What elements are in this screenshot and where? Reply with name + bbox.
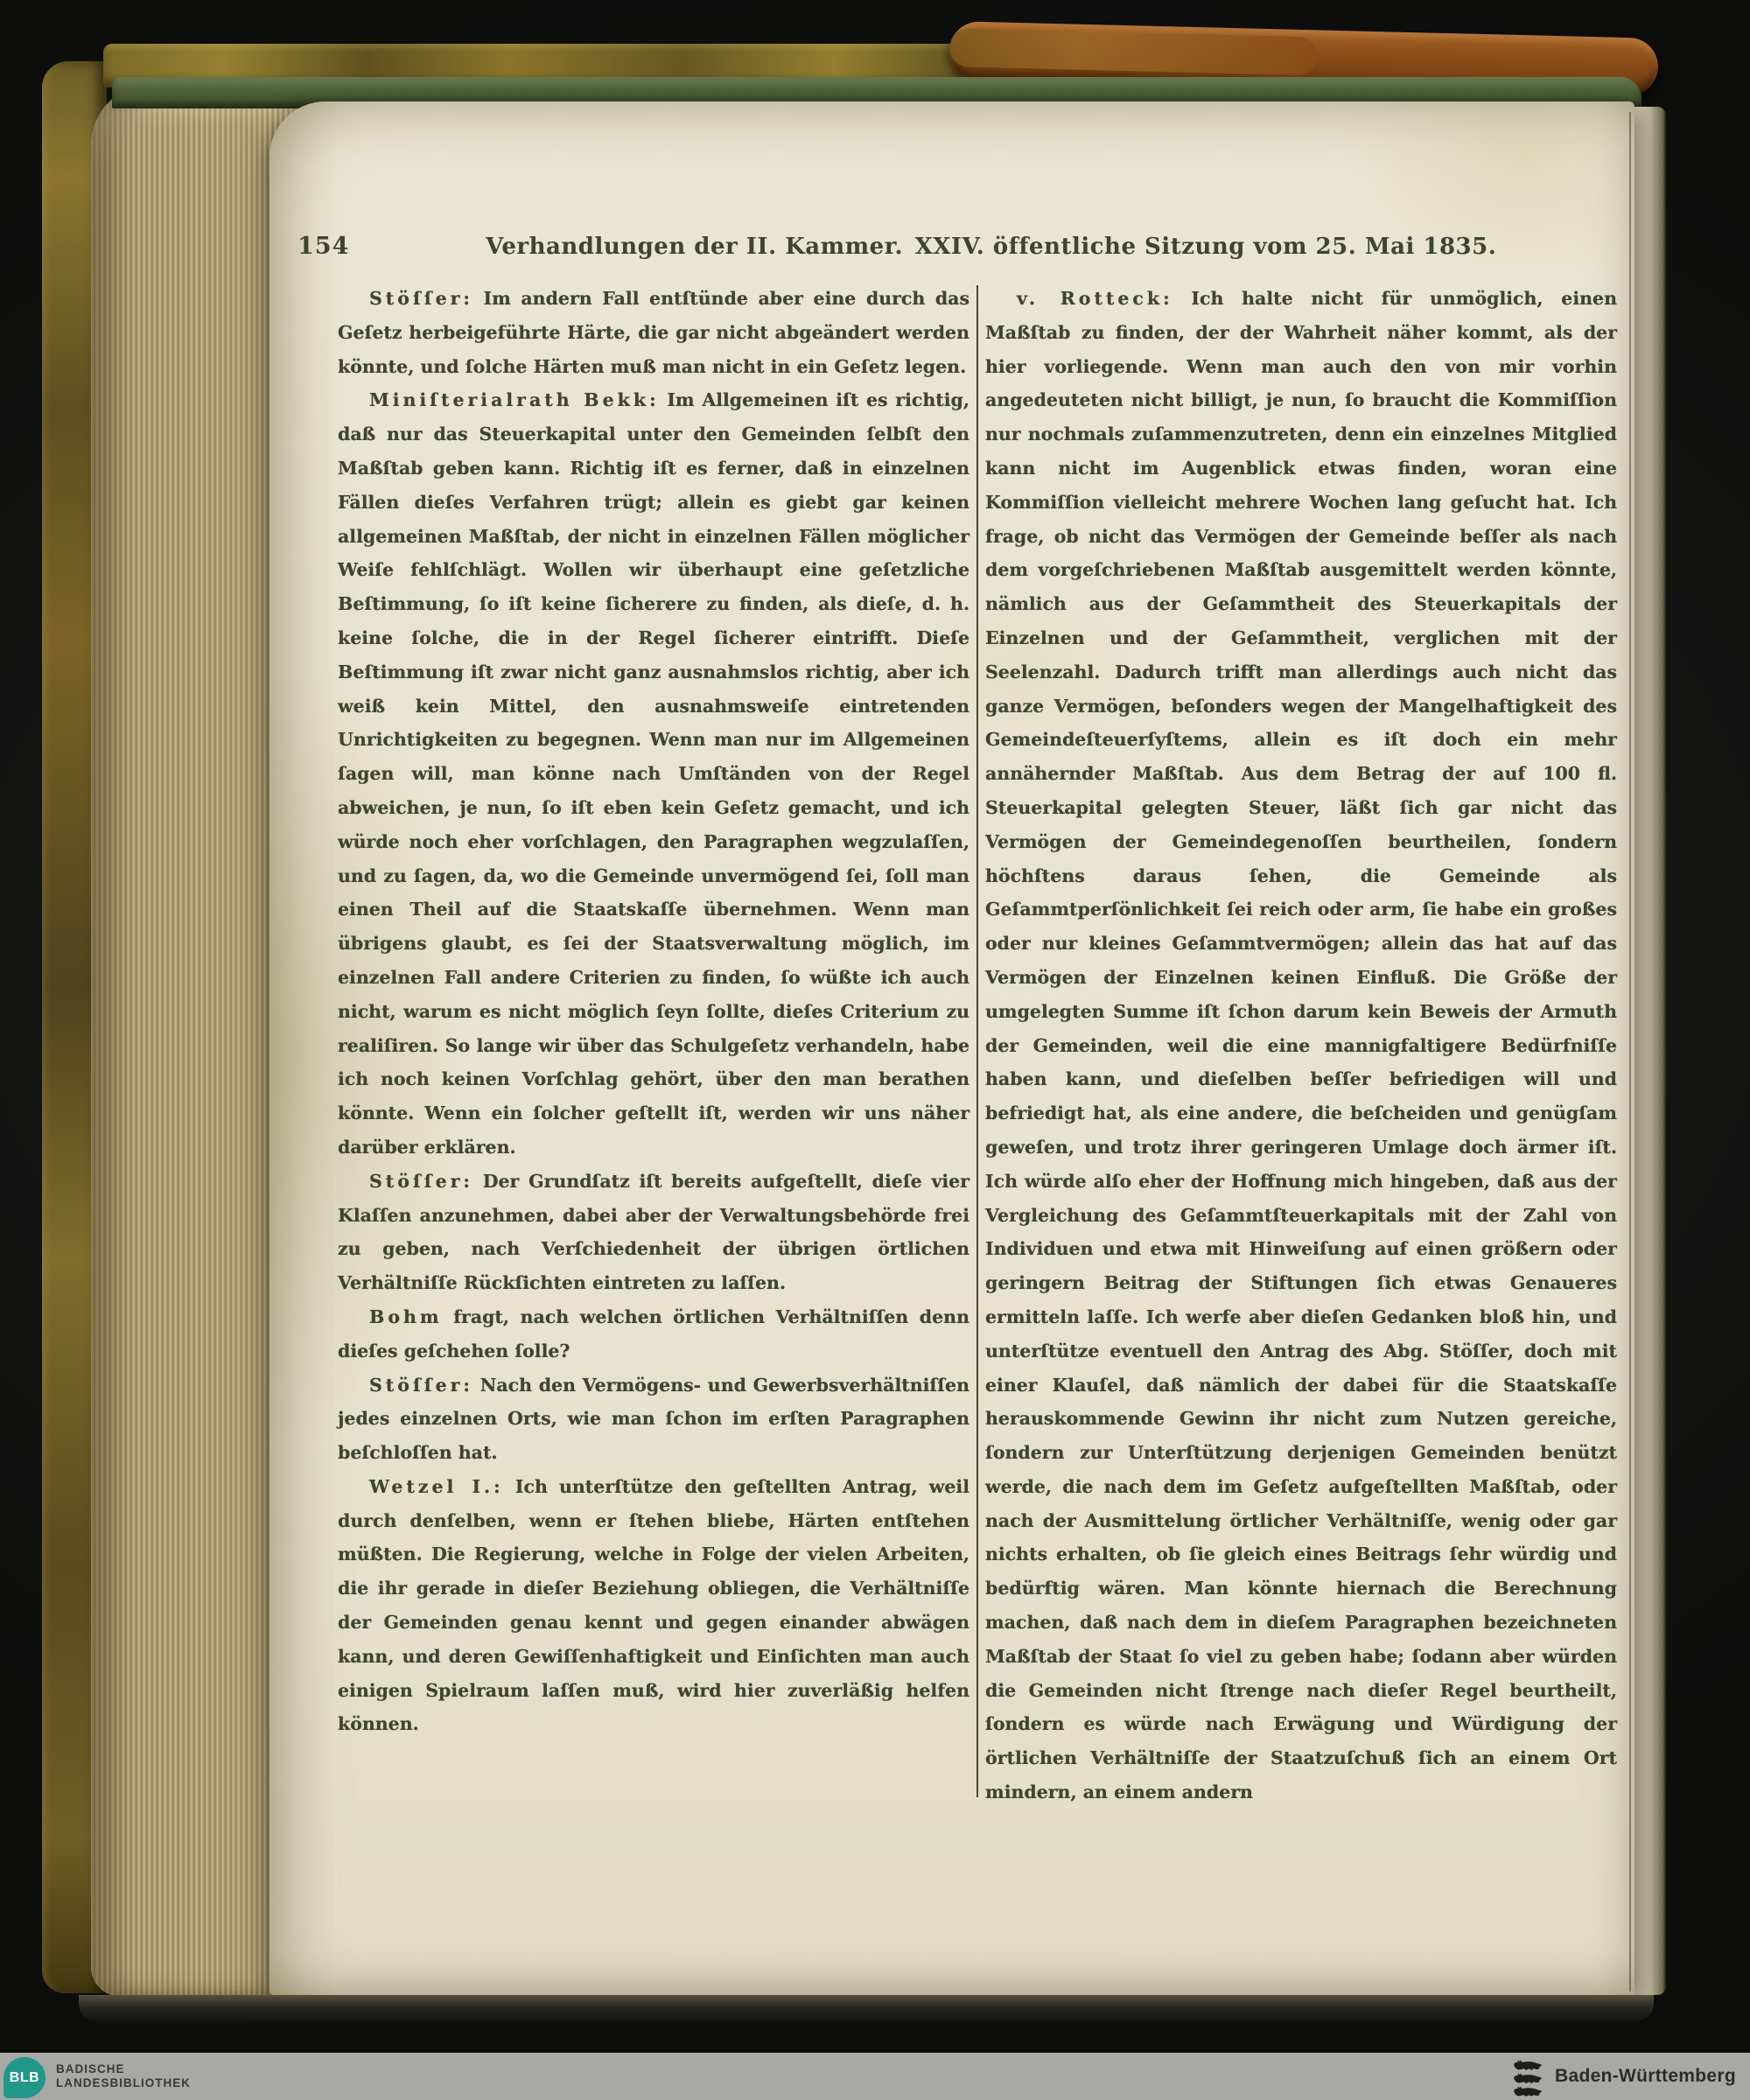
paragraph: Stöſſer: Im andern Fall entſtünde aber e… <box>338 282 969 383</box>
book-page-scan: 154 Verhandlungen der II. Kammer. XXIV. … <box>269 101 1634 1998</box>
speaker-name: Miniſterialrath Bekk: <box>369 389 660 410</box>
speaker-name: v. Rotteck: <box>1017 288 1173 309</box>
blb-logo-text: BADISCHE LANDESBIBLIOTHEK <box>56 2062 191 2090</box>
paragraph: Miniſterialrath Bekk: Im Allgemeinen iſt… <box>338 383 969 1164</box>
text-column-right: v. Rotteck: Ich halte nicht für unmöglic… <box>985 282 1617 1809</box>
text-columns: Stöſſer: Im andern Fall entſtünde aber e… <box>338 282 1633 1809</box>
text-column-left: Stöſſer: Im andern Fall entſtünde aber e… <box>338 282 969 1809</box>
blb-abbr: BLB <box>10 2070 39 2086</box>
speaker-name: Bohm <box>369 1306 443 1327</box>
page-fold-line <box>1629 112 1631 1991</box>
paragraph: Stöſſer: Der Grundſatz iſt bereits aufge… <box>338 1165 969 1300</box>
paragraph: Stöſſer: Nach den Vermögens- und Gewerbs… <box>338 1368 969 1470</box>
page-right-edge <box>1631 107 1666 1995</box>
page-content: 154 Verhandlungen der II. Kammer. XXIV. … <box>269 101 1634 1998</box>
blb-line1: BADISCHE <box>56 2062 191 2076</box>
book-bottom-shadow <box>79 1995 1654 2021</box>
viewer-background: 154 Verhandlungen der II. Kammer. XXIV. … <box>0 0 1750 2100</box>
bw-label: Baden-Württemberg <box>1555 2066 1736 2087</box>
speaker-name: Stöſſer: <box>369 1171 473 1192</box>
speaker-name: Stöſſer: <box>369 288 473 309</box>
blb-logo-icon: BLB <box>3 2057 45 2098</box>
page-header: 154 Verhandlungen der II. Kammer. XXIV. … <box>338 233 1633 271</box>
speaker-name: Stöſſer: <box>369 1375 473 1396</box>
page-number: 154 <box>297 233 349 260</box>
paragraph: Wetzel I.: Ich unterſtütze den geſtellte… <box>338 1470 969 1741</box>
running-title: Verhandlungen der II. Kammer. XXIV. öffe… <box>349 234 1633 260</box>
paragraph: v. Rotteck: Ich halte nicht für unmöglic… <box>985 282 1617 1809</box>
paragraph: Bohm fragt, nach welchen örtlichen Verhä… <box>338 1300 969 1368</box>
bw-coat-of-arms-icon <box>1511 2056 1543 2096</box>
speaker-name: Wetzel I.: <box>369 1476 504 1497</box>
viewer-footer: BLB BADISCHE LANDESBIBLIOTHEK Baden-Würt… <box>0 2053 1750 2100</box>
blb-line2: LANDESBIBLIOTHEK <box>56 2076 191 2090</box>
baden-wuerttemberg-logo[interactable]: Baden-Württemberg <box>1511 2056 1736 2096</box>
blb-library-logo[interactable]: BLB BADISCHE LANDESBIBLIOTHEK <box>3 2054 191 2098</box>
column-divider <box>976 285 978 1797</box>
